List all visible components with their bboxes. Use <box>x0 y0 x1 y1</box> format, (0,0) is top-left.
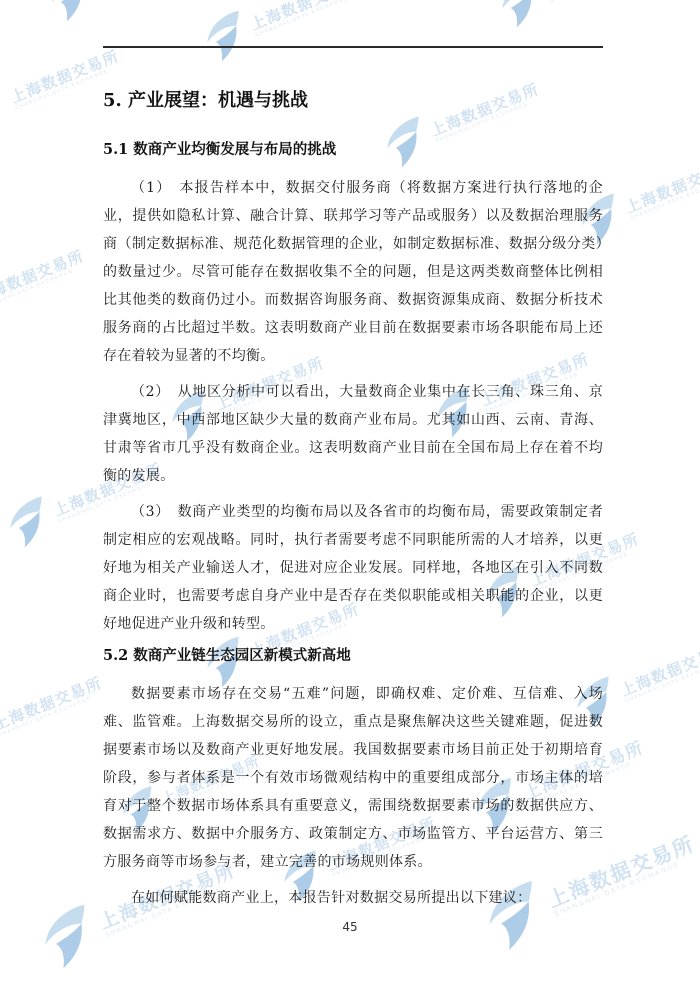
watermark-text: 上海数据交易所 <box>0 249 87 307</box>
section-5-1-heading: 5.1 数商产业均衡发展与布局的挑战 <box>103 140 603 160</box>
watermark-text: 上海数据交易所 <box>0 676 105 734</box>
page-number: 45 <box>0 920 700 934</box>
paragraph-5-1-item-2: （2） 从地区分析中可以看出，大量数商企业集中在长三角、珠三角、京津冀地区，中西… <box>103 378 603 490</box>
header-rule <box>103 46 603 48</box>
page-content: 5. 产业展望：机遇与挑战 5.1 数商产业均衡发展与布局的挑战 （1） 本报告… <box>103 0 603 920</box>
paragraph-5-2-suggestion-lead: 在如何赋能数商产业上，本报告针对数据交易所提出以下建议： <box>103 884 603 912</box>
watermark-subtext: SHANGHAI DATA EXCHANGE <box>0 263 89 311</box>
watermark-label: 上海数据交易所SHANGHAI DATA EXCHANGE <box>0 249 89 312</box>
sdx-logo-icon <box>0 82 16 139</box>
watermark-label: 上海数据交易所SHANGHAI DATA EXCHANGE <box>619 642 700 705</box>
chapter-title: 5. 产业展望：机遇与挑战 <box>103 86 603 116</box>
watermark-subtext: SHANGHAI DATA EXCHANGE <box>625 656 700 704</box>
paragraph-5-1-item-1: （1） 本报告样本中，数据交付服务商（将数据方案进行执行落地的企业，提供如隐私计… <box>103 174 603 370</box>
watermark-text: 上海数据交易所 <box>619 642 700 700</box>
sdx-logo-icon <box>2 495 59 552</box>
watermark-subtext: SHANGHAI DATA EXCHANGE <box>0 690 107 738</box>
sdx-logo-icon <box>34 902 106 974</box>
paragraph-5-1-item-3: （3） 数商产业类型的均衡布局以及各省市的均衡布局，需要政策制定者制定相应的宏观… <box>103 498 603 638</box>
section-5-2-heading: 5.2 数商产业链生态园区新模式新高地 <box>103 646 603 666</box>
paragraph-5-2-body: 数据要素市场存在交易“五难”问题，即确权难、定价难、互信难、入场难、监管难。上海… <box>103 680 603 876</box>
watermark-subtext: SHANGHAI DATA EXCHANGE <box>630 173 700 221</box>
sdx-logo-icon <box>44 0 101 26</box>
watermark-text: 上海数据交易所 <box>624 159 700 217</box>
watermark-label: 上海数据交易所SHANGHAI DATA EXCHANGE <box>624 159 700 222</box>
document-page: 上海数据交易所SHANGHAI DATA EXCHANGE上海数据交易所SHAN… <box>0 0 700 989</box>
watermark-label: 上海数据交易所SHANGHAI DATA EXCHANGE <box>0 676 107 739</box>
watermark: 上海数据交易所SHANGHAI DATA EXCHANGE <box>0 227 116 339</box>
